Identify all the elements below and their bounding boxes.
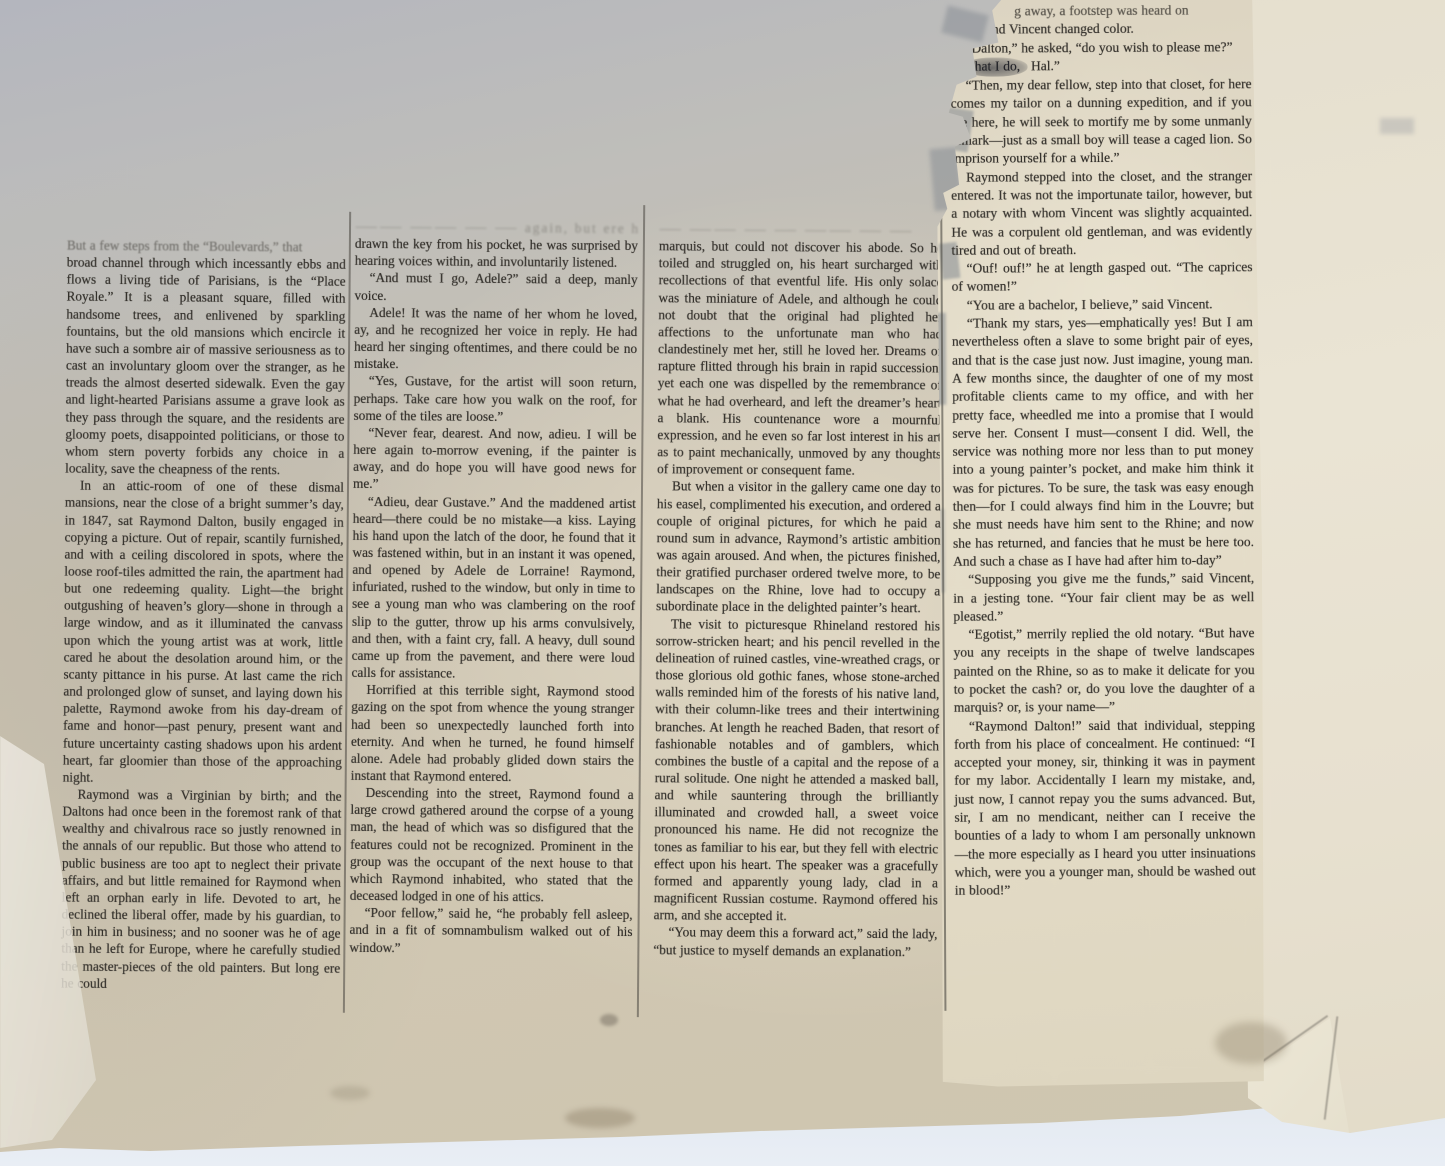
paragraph: But when a visitor in the gallery came o… — [656, 478, 941, 617]
paragraph: “You may deem this a forward act,” said … — [653, 924, 937, 961]
paragraph: “Raymond Dalton!” said that individual, … — [954, 716, 1256, 901]
faded-line: ⸺⸺ ⸺⸺ ⸺ ⸺ again, but ere he had — [355, 218, 638, 237]
paragraph: Descending into the street, Raymond foun… — [350, 784, 634, 906]
paragraph: In an attic-room of one of these dismal … — [63, 477, 344, 788]
paragraph: Horrified at this terrible sight, Raymon… — [351, 681, 635, 786]
paragraph: “And must I go, Adele?” said a deep, man… — [354, 269, 637, 306]
clipping-strip: g away, a footstep was heard on stairs, … — [932, 0, 1270, 1091]
faded-line: ⸺ ⸺⸺ ⸺ ⸺ ⸺⸺ ⸺ ⸺ — [659, 220, 943, 239]
column-rule — [637, 205, 645, 1017]
paragraph: “Ouf! ouf!” he at length gasped out. “Th… — [952, 258, 1253, 296]
paragraph: “Yes, Gustave, for the artist will soon … — [353, 372, 636, 426]
paragraph: “Supposing you give me the funds,” said … — [953, 569, 1254, 625]
paragraph: “Adieu, dear Gustave.” And the maddened … — [351, 492, 635, 683]
paragraph: “You are a bachelor, I believe,” said Vi… — [952, 295, 1253, 315]
text-column-1: But a few steps from the “Boulevards,” t… — [61, 237, 346, 994]
paragraph-text: Hal.” — [1027, 58, 1060, 73]
text-column-4: g away, a footstep was heard on stairs, … — [950, 1, 1256, 900]
text-column-2: ⸺⸺ ⸺⸺ ⸺ ⸺ again, but ere he had drawn th… — [349, 218, 638, 958]
paragraph: broad channel through which incessantly … — [65, 254, 346, 479]
tape-remnant — [1380, 118, 1414, 134]
paragraph: Raymond was a Virginian by birth; and th… — [61, 786, 342, 994]
paragraph: That I do, Hal.” — [950, 56, 1251, 77]
paragraph: “Then, my dear fellow, step into that cl… — [951, 75, 1252, 168]
paragraph: Raymond stepped into the closet, and the… — [951, 167, 1252, 260]
paragraph: “Never fear, dearest. And now, adieu. I … — [353, 424, 637, 495]
paragraph: The visit to picturesque Rhineland resto… — [654, 615, 940, 926]
faded-line: But a few steps from the “Boulevards,” t… — [67, 237, 346, 256]
photo-of-newspaper-clippings: But a few steps from the “Boulevards,” t… — [0, 0, 1445, 1166]
text-column-3: ⸺ ⸺⸺ ⸺ ⸺ ⸺⸺ ⸺ ⸺ marquis, but could not d… — [653, 220, 943, 960]
paragraph: “Poor fellow,” said he, “he probably fel… — [349, 904, 632, 958]
paragraph: Adele! It was the name of her whom he lo… — [354, 304, 638, 375]
paragraph: “Thank my stars, yes—emphatically yes! B… — [952, 313, 1254, 571]
paragraph: “Egotist,” merrily replied the old notar… — [953, 624, 1254, 717]
paragraph: drawn the key from his pocket, he was su… — [355, 235, 638, 272]
paragraph: marquis, but could not discover his abod… — [657, 237, 943, 479]
